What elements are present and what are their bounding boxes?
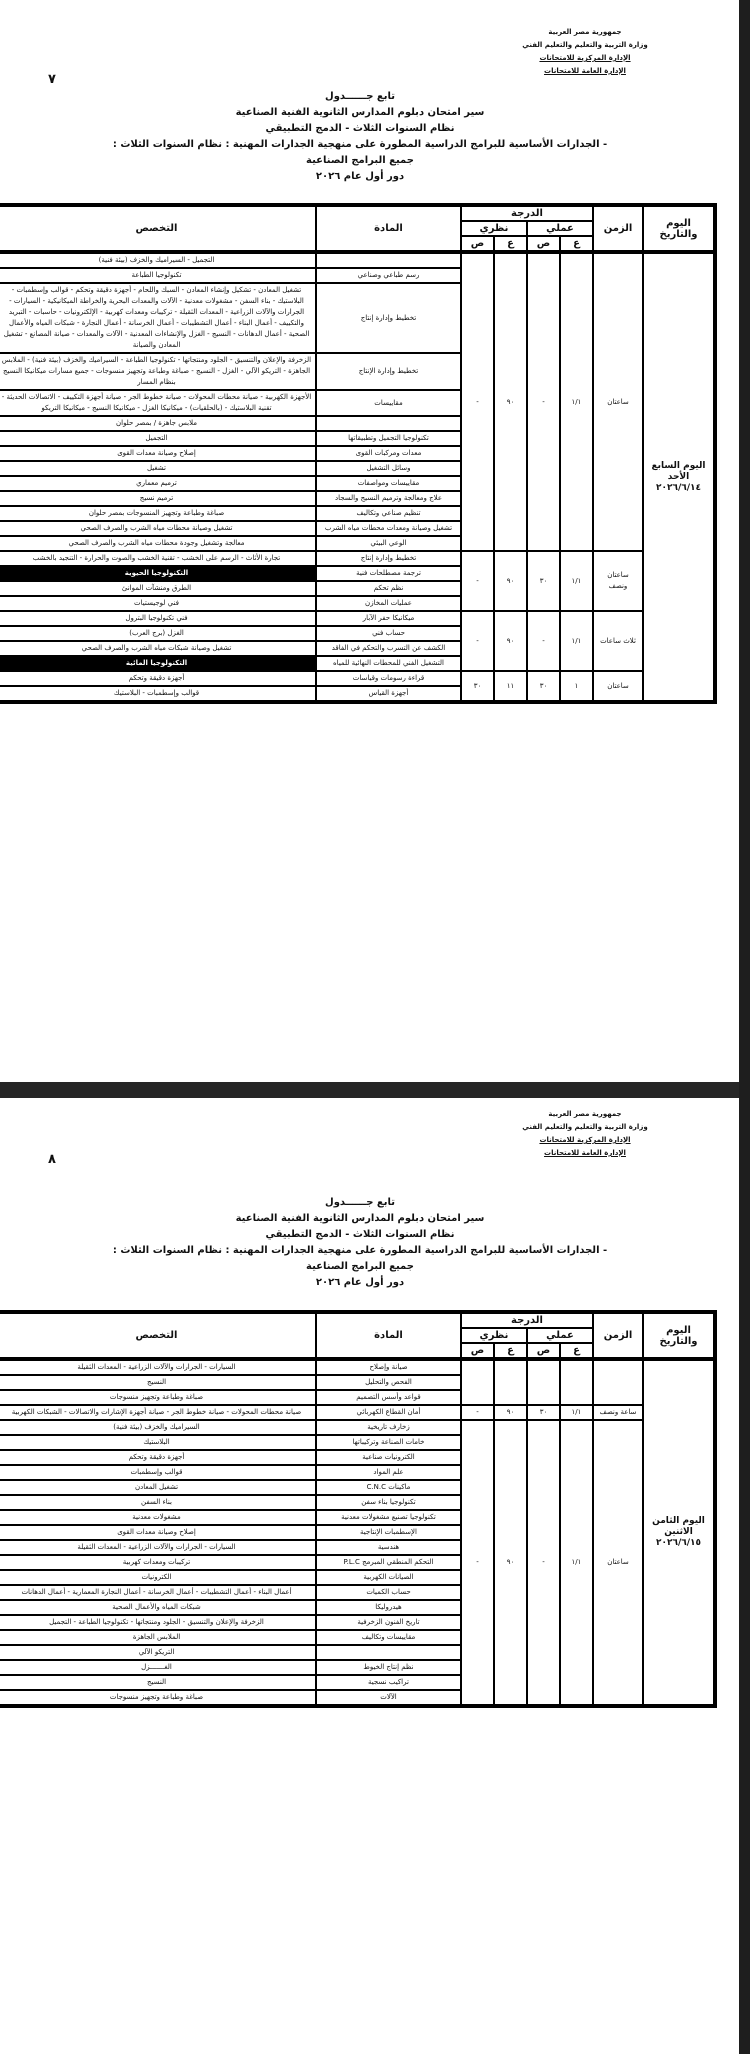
table-row: ثلاث ساعات١/١-٩٠-ميكانيكا حفر الآبارفني … [0,611,715,626]
time-cell: ثلاث ساعات [593,611,643,671]
subject-cell: التحكم المنطقي المبرمج P.L.C [316,1555,461,1570]
header-specialty: التخصص [0,1312,316,1359]
subject-cell: مقاييسات وتكاليف [316,1630,461,1645]
time-cell: ساعة ونصف [593,1405,643,1420]
time-cell: ساعتان [593,252,643,551]
title-line: - الجدارات الأساسية للبرامج الدراسية الم… [40,137,680,153]
specialty-cell: الملابس الجاهزة [0,1630,316,1645]
document-title: تابع جــــــدول سير امتحان دبلوم المدارس… [40,89,680,185]
specialty-cell: السيارات - الجرارات والآلات الزراعية - ا… [0,1540,316,1555]
specialty-cell: تشغيل المعادن - تشكيل وإنشاء المعادن - ا… [0,283,316,353]
grade-cell [560,1359,593,1405]
specialty-cell: ترميم معماري [0,476,316,491]
subject-cell: تخطيط وإدارة الإنتاج [316,353,461,390]
table-row: اليوم الثامنالاثنين٢٠٢٦/٦/١٥صيانة وإصلاح… [0,1359,715,1375]
ministry-header: جمهورية مصر العربية وزارة التربية والتعل… [505,1108,665,1160]
document-page-8: ٨ جمهورية مصر العربية وزارة التربية والت… [0,1098,739,2054]
subject-cell: هندسية [316,1540,461,1555]
table-row: ساعتان ونصف١/١٣٠٩٠-تخطيط وإدارة إنتاجتجا… [0,551,715,566]
title-line: تابع جــــــدول [40,89,680,105]
ministry-line: جمهورية مصر العربية [505,26,665,39]
page-separator [0,1082,739,1098]
subject-cell: الكشف عن التسرب والتحكم في الفاقد [316,641,461,656]
grade-cell: - [461,611,494,671]
header-min: ص [461,236,494,252]
specialty-cell: تكنولوجيا الطباعة [0,268,316,283]
ministry-line: الإدارة المركزية للامتحانات [505,1134,665,1147]
title-line: دور أول عام ٢٠٢٦ [40,169,680,185]
specialty-cell: التكنولوجيا المائية [0,656,316,671]
subject-cell: تراكيب نسجية [316,1675,461,1690]
subject-cell: الفحص والتحليل [316,1375,461,1390]
viewer-right-edge [739,0,750,2054]
specialty-cell: الزخرفة والإعلان والتنسيق - الجلود ومنتج… [0,353,316,390]
ministry-line: جمهورية مصر العربية [505,1108,665,1121]
specialty-cell: مشغولات معدنية [0,1510,316,1525]
header-subject: المادة [316,1312,461,1359]
ministry-header: جمهورية مصر العربية وزارة التربية والتعل… [505,26,665,78]
subject-cell: تاريخ الفنون الزخرفية [316,1615,461,1630]
specialty-cell: تركيبات ومعدات كهربية [0,1555,316,1570]
grade-cell: ١/١ [560,1405,593,1420]
grade-cell: ١ [560,671,593,702]
grade-cell: - [461,1420,494,1706]
subject-cell: صيانة وإصلاح [316,1359,461,1375]
title-line: جميع البرامج الصناعية [40,1259,680,1275]
header-max: ع [494,236,527,252]
title-line: تابع جــــــدول [40,1195,680,1211]
ministry-line: وزارة التربية والتعليم والتعليم الفني [505,39,665,52]
specialty-cell: الطرق ومنشآت الموانئ [0,581,316,596]
subject-cell: وسائل التشغيل [316,461,461,476]
header-grade: الدرجة [461,205,593,221]
header-row: اليوم والتاريخالزمنالدرجةالمادةالتخصص [0,1312,715,1328]
header-min: ص [461,1343,494,1359]
subject-cell: مقاييسات [316,390,461,416]
header-time: الزمن [593,1312,643,1359]
subject-cell [316,252,461,268]
day-date: ٢٠٢٦/٦/١٤ [647,483,710,494]
subject-cell: عمليات المخازن [316,596,461,611]
grade-cell: ٣٠ [527,1405,560,1420]
subject-cell: زخارف تاريخية [316,1420,461,1435]
day-weekday: الاثنين [647,1527,710,1538]
grade-cell: ٩٠ [494,551,527,611]
specialty-cell: الغـــــــزل [0,1660,316,1675]
subject-cell: نظم تحكم [316,581,461,596]
specialty-cell: فني تكنولوجيا البترول [0,611,316,626]
grade-cell: - [527,252,560,551]
grade-cell: ٣٠ [461,671,494,702]
specialty-cell: أجهزة دقيقة وتحكم [0,671,316,686]
header-min: ص [527,236,560,252]
specialty-cell: الغزل (برج العرب) [0,626,316,641]
table-row: اليوم السابعالأحد٢٠٢٦/٦/١٤ساعتان١/١-٩٠-ا… [0,252,715,268]
title-line: دور أول عام ٢٠٢٦ [40,1275,680,1291]
subject-cell: الصيانات الكهربية [316,1570,461,1585]
day-date-cell: اليوم السابعالأحد٢٠٢٦/٦/١٤ [643,252,715,702]
time-cell: ساعتان ونصف [593,551,643,611]
subject-cell: تخطيط وإدارة إنتاج [316,283,461,353]
specialty-cell: ملابس جاهزة / بمصر حلوان [0,416,316,431]
subject-cell: خامات الصناعة وتركيباتها [316,1435,461,1450]
page-number: ٨ [48,1152,56,1167]
specialty-cell: الأجهزة الكهربية - صيانة محطات المحولات … [0,390,316,416]
specialty-cell: الزخرفة والإعلان والتنسيق - الجلود ومنتج… [0,1615,316,1630]
grade-cell: ٣٠ [527,551,560,611]
specialty-cell: تشغيل [0,461,316,476]
subject-cell: معدات ومركبات القوى [316,446,461,461]
grade-cell: ١/١ [560,611,593,671]
subject-cell: تشغيل وصيانة ومعدات محطات مياه الشرب [316,521,461,536]
specialty-cell: شبكات المياه والأعمال الصحية [0,1600,316,1615]
ministry-line: الإدارة العامة للامتحانات [505,1147,665,1160]
specialty-cell: بناء السفن [0,1495,316,1510]
subject-cell: تنظيم صناعي وتكاليف [316,506,461,521]
grade-cell: - [527,1420,560,1706]
header-subject: المادة [316,205,461,252]
ministry-line: الإدارة المركزية للامتحانات [505,52,665,65]
title-line: - الجدارات الأساسية للبرامج الدراسية الم… [40,1243,680,1259]
subject-cell: ماكينات C.N.C [316,1480,461,1495]
specialty-cell: تشغيل المعادن [0,1480,316,1495]
header-practical: عملي [527,221,593,236]
day-date-cell: اليوم الثامنالاثنين٢٠٢٦/٦/١٥ [643,1359,715,1706]
specialty-cell: إصلاح وصيانة معدات القوى [0,1525,316,1540]
document-page-7: ٧ جمهورية مصر العربية وزارة التربية والت… [0,0,739,1082]
ministry-line: وزارة التربية والتعليم والتعليم الفني [505,1121,665,1134]
specialty-cell: التجميل [0,431,316,446]
specialty-cell: السيارات - الجرارات والآلات الزراعية - ا… [0,1359,316,1375]
grade-cell [527,1359,560,1405]
day-weekday: الأحد [647,472,710,483]
title-line: سير امتحان دبلوم المدارس الثانوية الفنية… [40,105,680,121]
schedule-table: اليوم والتاريخالزمنالدرجةالمادةالتخصصعمل… [0,1310,717,1708]
subject-cell: أجهزة القياس [316,686,461,702]
specialty-cell: إصلاح وصيانة معدات القوى [0,446,316,461]
time-cell [593,1359,643,1405]
page-number: ٧ [48,72,56,87]
grade-cell: ٩٠ [494,252,527,551]
subject-cell: ترجمة مصطلحات فنية [316,566,461,581]
specialty-cell: معالجة وتشغيل وجودة محطات مياه الشرب وال… [0,536,316,551]
header-max: ع [560,236,593,252]
specialty-cell: النسيج [0,1375,316,1390]
grade-cell: ١١ [494,671,527,702]
header-theory: نظري [461,1328,527,1343]
grade-cell: ٩٠ [494,611,527,671]
specialty-cell: صيانة محطات المحولات - صيانة خطوط الجر -… [0,1405,316,1420]
specialty-cell: التكنولوجيا الحيوية [0,566,316,581]
subject-cell: مقاييسات ومواصفات [316,476,461,491]
specialty-cell: تجارة الأثاث - الرسم على الخشب - تقنية ا… [0,551,316,566]
subject-cell: ميكانيكا حفر الآبار [316,611,461,626]
subject-cell: حساب الكميات [316,1585,461,1600]
grade-cell: - [527,611,560,671]
specialty-cell: صباغة وطباعة وتجهيز منسوجات [0,1390,316,1405]
day-label: اليوم السابع [647,461,710,472]
grade-cell: - [461,551,494,611]
schedule-table: اليوم والتاريخالزمنالدرجةالمادةالتخصصعمل… [0,203,717,704]
specialty-cell: ترميم نسيج [0,491,316,506]
grade-cell: ١/١ [560,1420,593,1706]
subject-cell: نظم إنتاج الخيوط [316,1660,461,1675]
grade-cell [461,1359,494,1405]
grade-cell: ١/١ [560,551,593,611]
specialty-cell: النسيج [0,1675,316,1690]
header-time: الزمن [593,205,643,252]
subject-cell: تخطيط وإدارة إنتاج [316,551,461,566]
specialty-cell: قوالب وإسطمبات [0,1465,316,1480]
specialty-cell: قوالب وإسطمبات - البلاستيك [0,686,316,702]
title-line: نظام السنوات الثلاث - الدمج التطبيقي [40,1227,680,1243]
specialty-cell: أجهزة دقيقة وتحكم [0,1450,316,1465]
title-line: جميع البرامج الصناعية [40,153,680,169]
table-row: ساعة ونصف١/١٣٠٩٠-أمان القطاع الكهربائيصي… [0,1405,715,1420]
specialty-cell: السيراميك والخزف (بيئة فنية) [0,1420,316,1435]
subject-cell: الكترونيات صناعية [316,1450,461,1465]
header-row: اليوم والتاريخالزمنالدرجةالمادةالتخصص [0,205,715,221]
subject-cell: هيدروليكا [316,1600,461,1615]
subject-cell: علم المواد [316,1465,461,1480]
ministry-line: الإدارة العامة للامتحانات [505,65,665,78]
specialty-cell: صباغة وطباعة وتجهيز منسوجات [0,1690,316,1706]
header-practical: عملي [527,1328,593,1343]
grade-cell: ٣٠ [527,671,560,702]
header-day-date: اليوم والتاريخ [643,1312,715,1359]
document-title: تابع جــــــدول سير امتحان دبلوم المدارس… [40,1195,680,1291]
header-min: ص [527,1343,560,1359]
specialty-cell: البلاستيك [0,1435,316,1450]
title-line: سير امتحان دبلوم المدارس الثانوية الفنية… [40,1211,680,1227]
subject-cell: التشغيل الفني للمحطات النهائية للمياه [316,656,461,671]
day-date: ٢٠٢٦/٦/١٥ [647,1538,710,1549]
specialty-cell: الكترونيات [0,1570,316,1585]
subject-cell: تكنولوجيا التجميل وتطبيقاتها [316,431,461,446]
specialty-cell: التريكو الآلي [0,1645,316,1660]
subject-cell: أمان القطاع الكهربائي [316,1405,461,1420]
subject-cell: قراءة رسومات وقياسات [316,671,461,686]
day-label: اليوم الثامن [647,1516,710,1527]
subject-cell: تكنولوجيا تصنيع مشغولات معدنية [316,1510,461,1525]
header-day-date: اليوم والتاريخ [643,205,715,252]
subject-cell: حساب فني [316,626,461,641]
time-cell: ساعتان [593,1420,643,1706]
header-max: ع [560,1343,593,1359]
specialty-cell: فني لوجيستيات [0,596,316,611]
subject-cell: تكنولوجيا بناء سفن [316,1495,461,1510]
subject-cell: الآلات [316,1690,461,1706]
grade-cell [494,1359,527,1405]
subject-cell [316,416,461,431]
specialty-cell: تشغيل وصيانة شبكات مياه الشرب والصرف الص… [0,641,316,656]
specialty-cell: التجميل - السيراميك والخزف (بيئة فنية) [0,252,316,268]
subject-cell: رسم طباعي وصناعي [316,268,461,283]
time-cell: ساعتان [593,671,643,702]
specialty-cell: تشغيل وصيانة محطات مياه الشرب والصرف الص… [0,521,316,536]
table-row: ساعتان١٣٠١١٣٠قراءة رسومات وقياساتأجهزة د… [0,671,715,686]
header-theory: نظري [461,221,527,236]
header-specialty: التخصص [0,205,316,252]
subject-cell [316,1645,461,1660]
subject-cell: الإسطمبات الإنتاجية [316,1525,461,1540]
grade-cell: ١/١ [560,252,593,551]
grade-cell: - [461,1405,494,1420]
header-grade: الدرجة [461,1312,593,1328]
grade-cell: - [461,252,494,551]
specialty-cell: أعمال البناء - أعمال التشطيبات - أعمال ا… [0,1585,316,1600]
grade-cell: ٩٠ [494,1420,527,1706]
header-max: ع [494,1343,527,1359]
grade-cell: ٩٠ [494,1405,527,1420]
subject-cell: علاج ومعالجة وترميم النسيج والسجاد [316,491,461,506]
title-line: نظام السنوات الثلاث - الدمج التطبيقي [40,121,680,137]
subject-cell: الوعي البيئي [316,536,461,551]
specialty-cell: صباغة وطباعة وتجهيز المنسوجات بمصر حلوان [0,506,316,521]
subject-cell: قواعد وأسس التصميم [316,1390,461,1405]
table-row: ساعتان١/١-٩٠-زخارف تاريخيةالسيراميك والخ… [0,1420,715,1435]
